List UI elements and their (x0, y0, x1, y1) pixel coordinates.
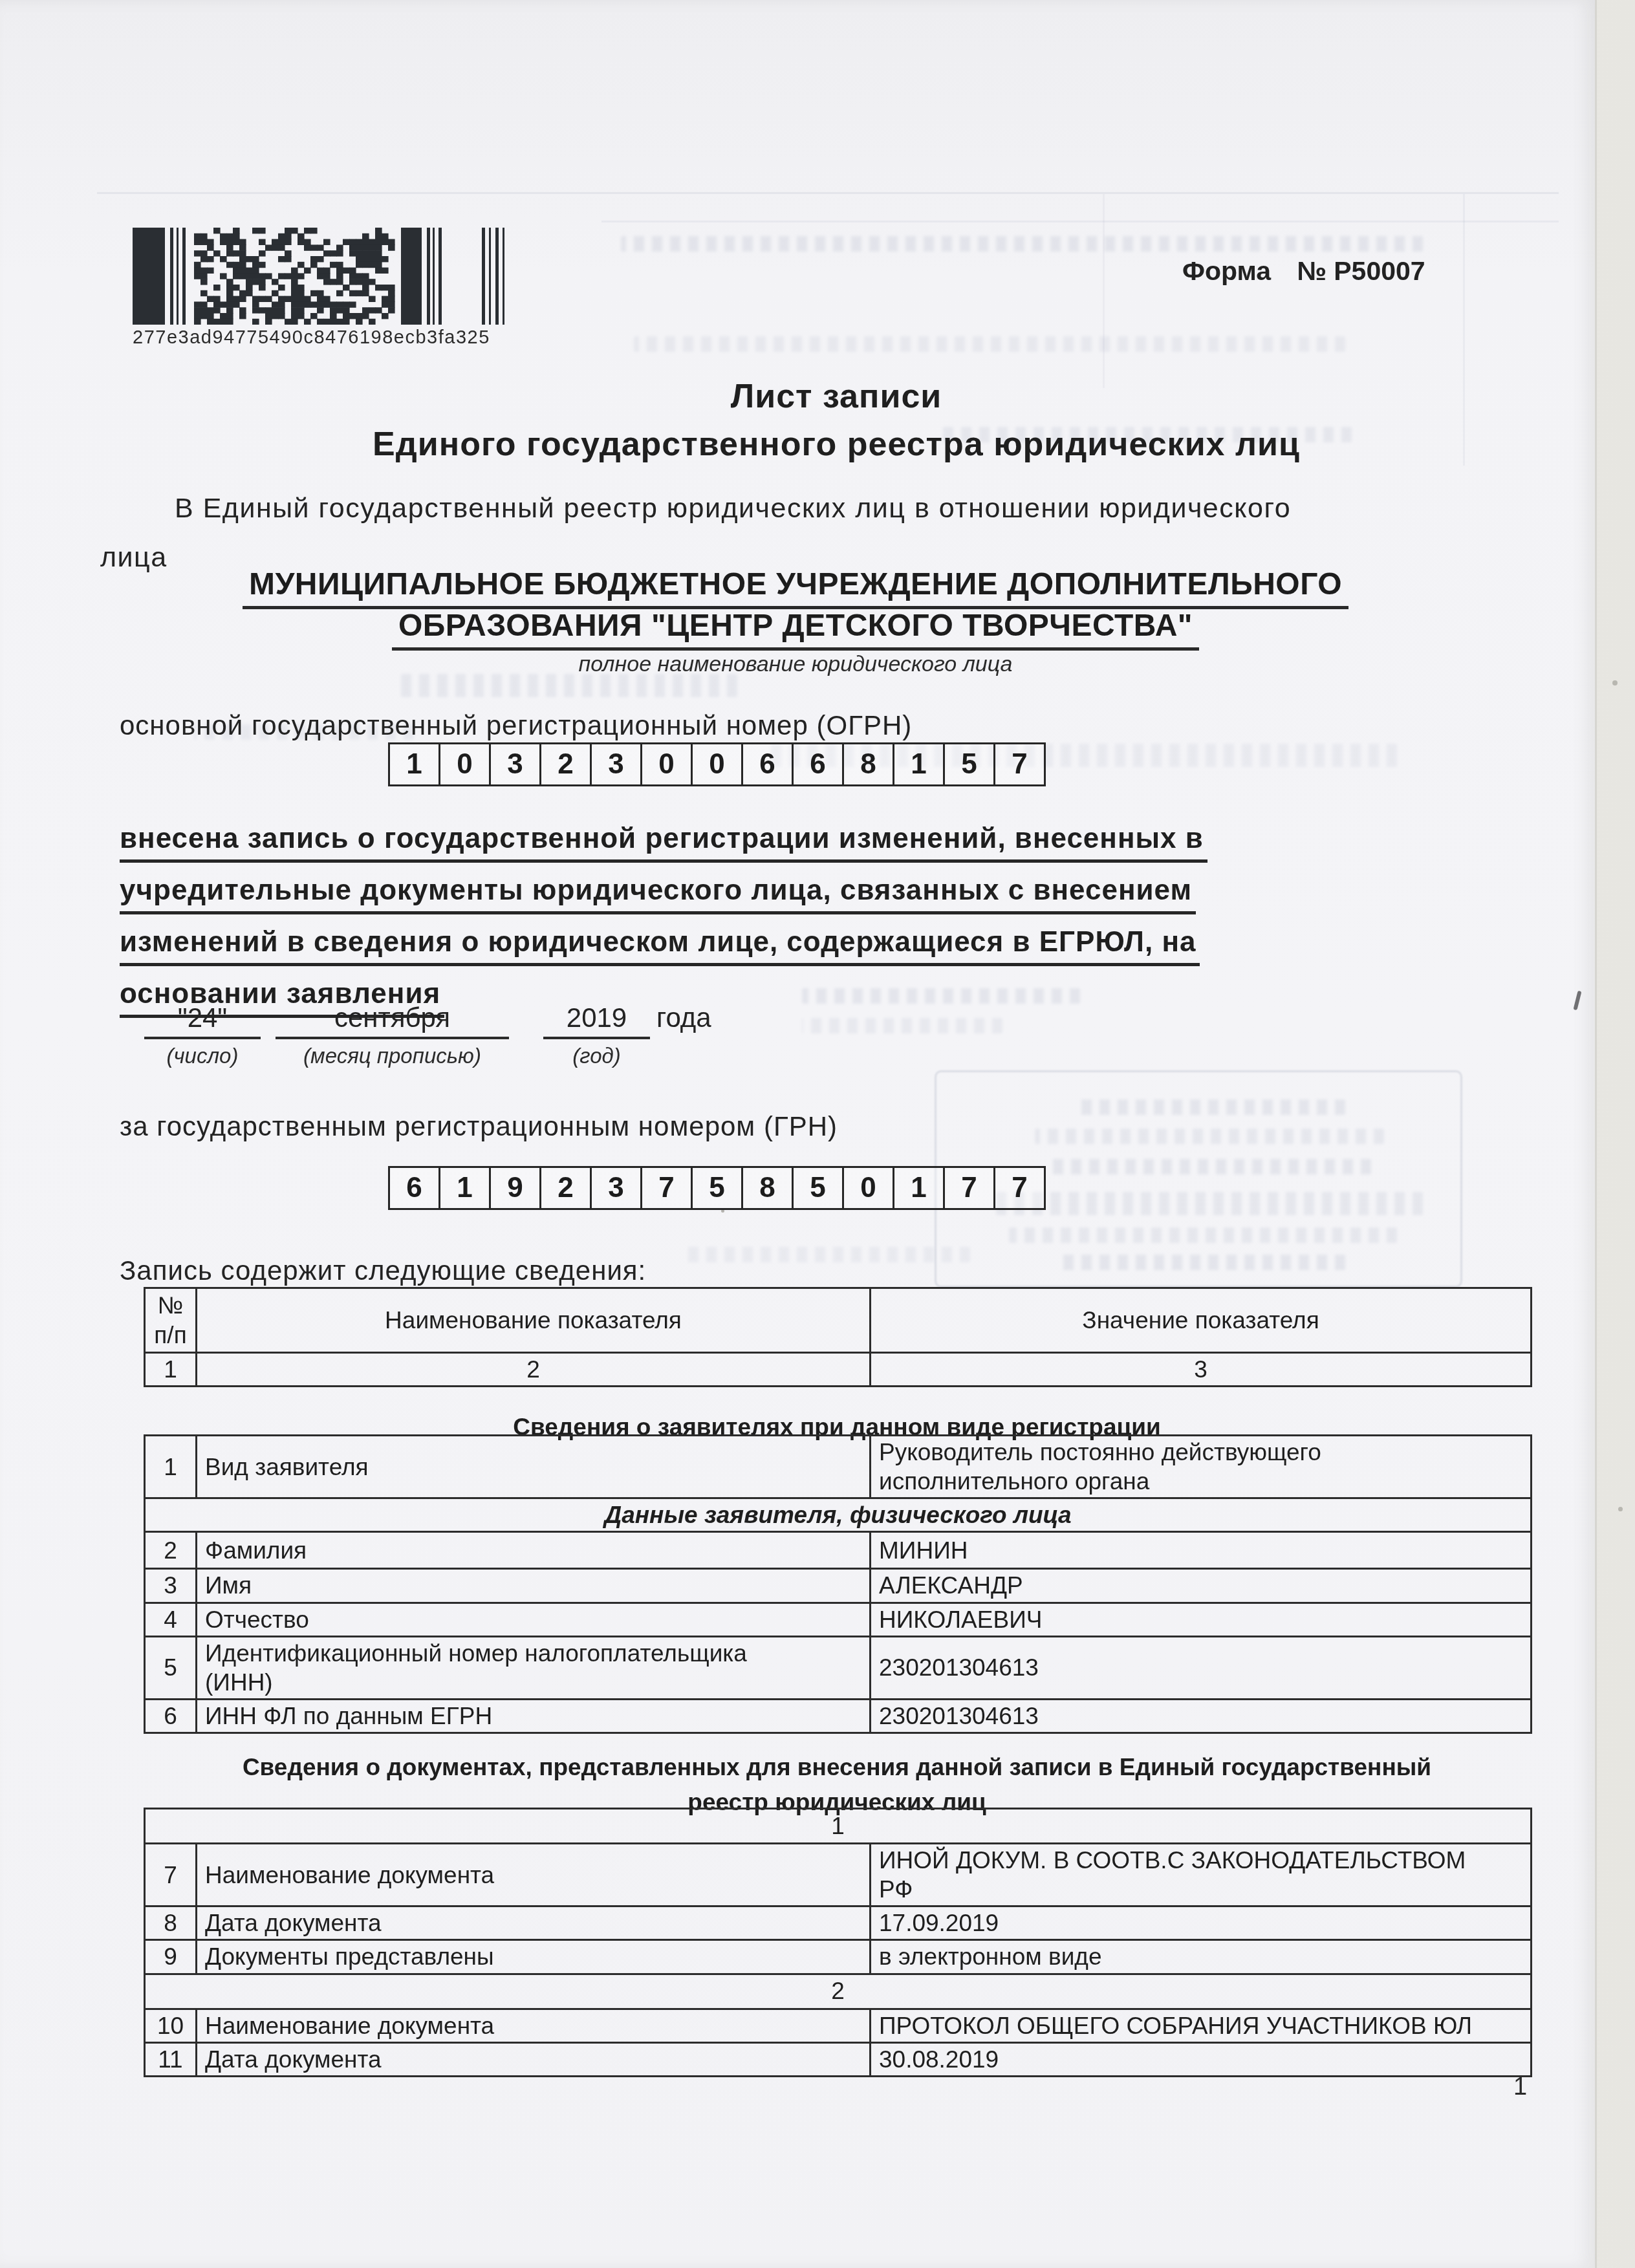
ogrn-digit: 7 (995, 742, 1046, 786)
table-row: 8 Дата документа 17.09.2019 (145, 1906, 1532, 1940)
grn-digit: 9 (491, 1166, 541, 1210)
table-row: 9 Документы представлены в электронном в… (145, 1940, 1532, 1974)
grn-digit: 1 (440, 1166, 491, 1210)
bleedthrough-line (97, 192, 1559, 194)
page-number: 1 (1513, 2073, 1527, 2101)
grn-digit: 6 (388, 1166, 440, 1210)
bleedthrough-text (996, 1192, 1423, 1215)
date-year-underline (543, 1037, 650, 1039)
col-number-1: 1 (145, 1353, 197, 1387)
bleedthrough-text (1009, 1227, 1397, 1243)
statement-line: изменений в сведения о юридическом лице,… (120, 926, 1200, 966)
col-number-3: 3 (871, 1353, 1532, 1387)
table-row: 11 Дата документа 30.08.2019 (145, 2042, 1532, 2076)
date-day: "24" (144, 1002, 261, 1033)
ogrn-digit: 1 (388, 742, 440, 786)
ogrn-digit: 6 (743, 742, 794, 786)
bleedthrough-line (1103, 194, 1105, 388)
table-row: 7 Наименование документа ИНОЙ ДОКУМ. В С… (145, 1844, 1532, 1906)
grn-label: за государственным регистрационным номер… (120, 1111, 838, 1142)
barcode-svg (133, 228, 511, 325)
bleedthrough-text (1035, 1129, 1384, 1144)
scanned-page: 277e3ad94775490c8476198ecb3fa325 Форма №… (0, 0, 1635, 2268)
entity-name-line2: ОБРАЗОВАНИЯ "ЦЕНТР ДЕТСКОГО ТВОРЧЕСТВА" (13, 608, 1578, 651)
col-header-name: Наименование показателя (197, 1288, 871, 1353)
record-intro: Запись содержит следующие сведения: (120, 1255, 646, 1286)
bleedthrough-text (634, 336, 1345, 352)
grn-digit: 3 (592, 1166, 642, 1210)
documents-table: 1 7 Наименование документа ИНОЙ ДОКУМ. В… (144, 1808, 1532, 2077)
applicant-data-subheader: Данные заявителя, физического лица (145, 1498, 1532, 1532)
statement-line: учредительные документы юридического лиц… (120, 874, 1196, 914)
title-line2: Единого государственного реестра юридиче… (39, 425, 1634, 464)
table-subheader-row: Данные заявителя, физического лица (145, 1498, 1532, 1532)
grn-digit: 5 (794, 1166, 844, 1210)
date-month: сентября (276, 1002, 509, 1033)
entity-name-caption: полное наименование юридического лица (13, 652, 1578, 677)
table-row: 1 Вид заявителя Руководитель постоянно д… (145, 1436, 1532, 1498)
form-number: Форма № Р50007 (1182, 256, 1425, 286)
grn-digit: 5 (693, 1166, 743, 1210)
ogrn-digit: 3 (592, 742, 642, 786)
table-row: 6 ИНН ФЛ по данным ЕГРН 230201304613 (145, 1699, 1532, 1733)
document-group-1: 1 (145, 1809, 1532, 1844)
title-line1: Лист записи (39, 377, 1634, 416)
grn-digit: 2 (541, 1166, 592, 1210)
entity-name-line1: МУНИЦИПАЛЬНОЕ БЮДЖЕТНОЕ УЧРЕЖДЕНИЕ ДОПОЛ… (13, 567, 1578, 609)
ogrn-digit: 0 (693, 742, 743, 786)
table-row: 2 Фамилия МИНИН (145, 1532, 1532, 1569)
barcode-value: 277e3ad94775490c8476198ecb3fa325 (133, 327, 490, 349)
table-row: 4 Отчество НИКОЛАЕВИЧ (145, 1603, 1532, 1636)
ogrn-digit: 0 (440, 742, 491, 786)
grn-digit: 7 (995, 1166, 1046, 1210)
ogrn-digit: 5 (945, 742, 995, 786)
bleedthrough-text (1061, 1255, 1345, 1270)
grn-digits: 6 1 9 2 3 7 5 8 5 0 1 7 7 (388, 1166, 1046, 1210)
ogrn-digit: 3 (491, 742, 541, 786)
date-day-underline (144, 1037, 261, 1039)
date-month-underline (276, 1037, 509, 1039)
table-row: 3 Имя АЛЕКСАНДР (145, 1569, 1532, 1603)
bleedthrough-line (601, 221, 1559, 222)
grn-digit: 0 (844, 1166, 894, 1210)
ogrn-digits: 1 0 3 2 3 0 0 6 6 8 1 5 7 (388, 742, 1046, 786)
date-year: 2019 (543, 1002, 650, 1033)
bleedthrough-text (401, 674, 737, 697)
date-year-suffix: года (656, 1002, 711, 1033)
record-header-table: № п/п Наименование показателя Значение п… (144, 1287, 1532, 1387)
table-row: 10 Наименование документа ПРОТОКОЛ ОБЩЕГ… (145, 2009, 1532, 2042)
bleedthrough-text (1074, 1099, 1345, 1115)
applicants-table: 1 Вид заявителя Руководитель постоянно д… (144, 1434, 1532, 1734)
date-day-caption: (число) (144, 1044, 261, 1068)
speck (1618, 1507, 1623, 1511)
table-group-row: 1 (145, 1809, 1532, 1844)
date-year-caption: (год) (543, 1044, 650, 1068)
ogrn-digit: 0 (642, 742, 693, 786)
document-title: Лист записи Единого государственного рее… (39, 377, 1634, 464)
ogrn-label: основной государственный регистрационный… (120, 710, 912, 741)
speck (1612, 680, 1618, 686)
form-code: № Р50007 (1297, 256, 1425, 286)
barcode (133, 228, 511, 328)
col-header-value: Значение показателя (871, 1288, 1532, 1353)
bleedthrough-text (1048, 1159, 1371, 1174)
registration-statement: внесена запись о государственной регистр… (120, 823, 1207, 1030)
ogrn-digit: 8 (844, 742, 894, 786)
bleedthrough-text (686, 1247, 970, 1262)
table-group-row: 2 (145, 1974, 1532, 2009)
ogrn-digit: 6 (794, 742, 844, 786)
col-number-2: 2 (197, 1353, 871, 1387)
document-group-2: 2 (145, 1974, 1532, 2009)
col-header-num: № п/п (145, 1288, 197, 1353)
grn-digit: 1 (894, 1166, 945, 1210)
ogrn-digit: 2 (541, 742, 592, 786)
form-word: Форма (1182, 256, 1271, 286)
date-month-caption: (месяц прописью) (276, 1044, 509, 1068)
ogrn-digit: 1 (894, 742, 945, 786)
grn-digit: 7 (642, 1166, 693, 1210)
table-row: 5 Идентификационный номер налогоплательщ… (145, 1636, 1532, 1699)
intro-line1: В Единый государственный реестр юридичес… (175, 493, 1291, 524)
grn-digit: 7 (945, 1166, 995, 1210)
statement-line: внесена запись о государственной регистр… (120, 823, 1207, 863)
bleedthrough-text (621, 236, 1423, 252)
grn-digit: 8 (743, 1166, 794, 1210)
